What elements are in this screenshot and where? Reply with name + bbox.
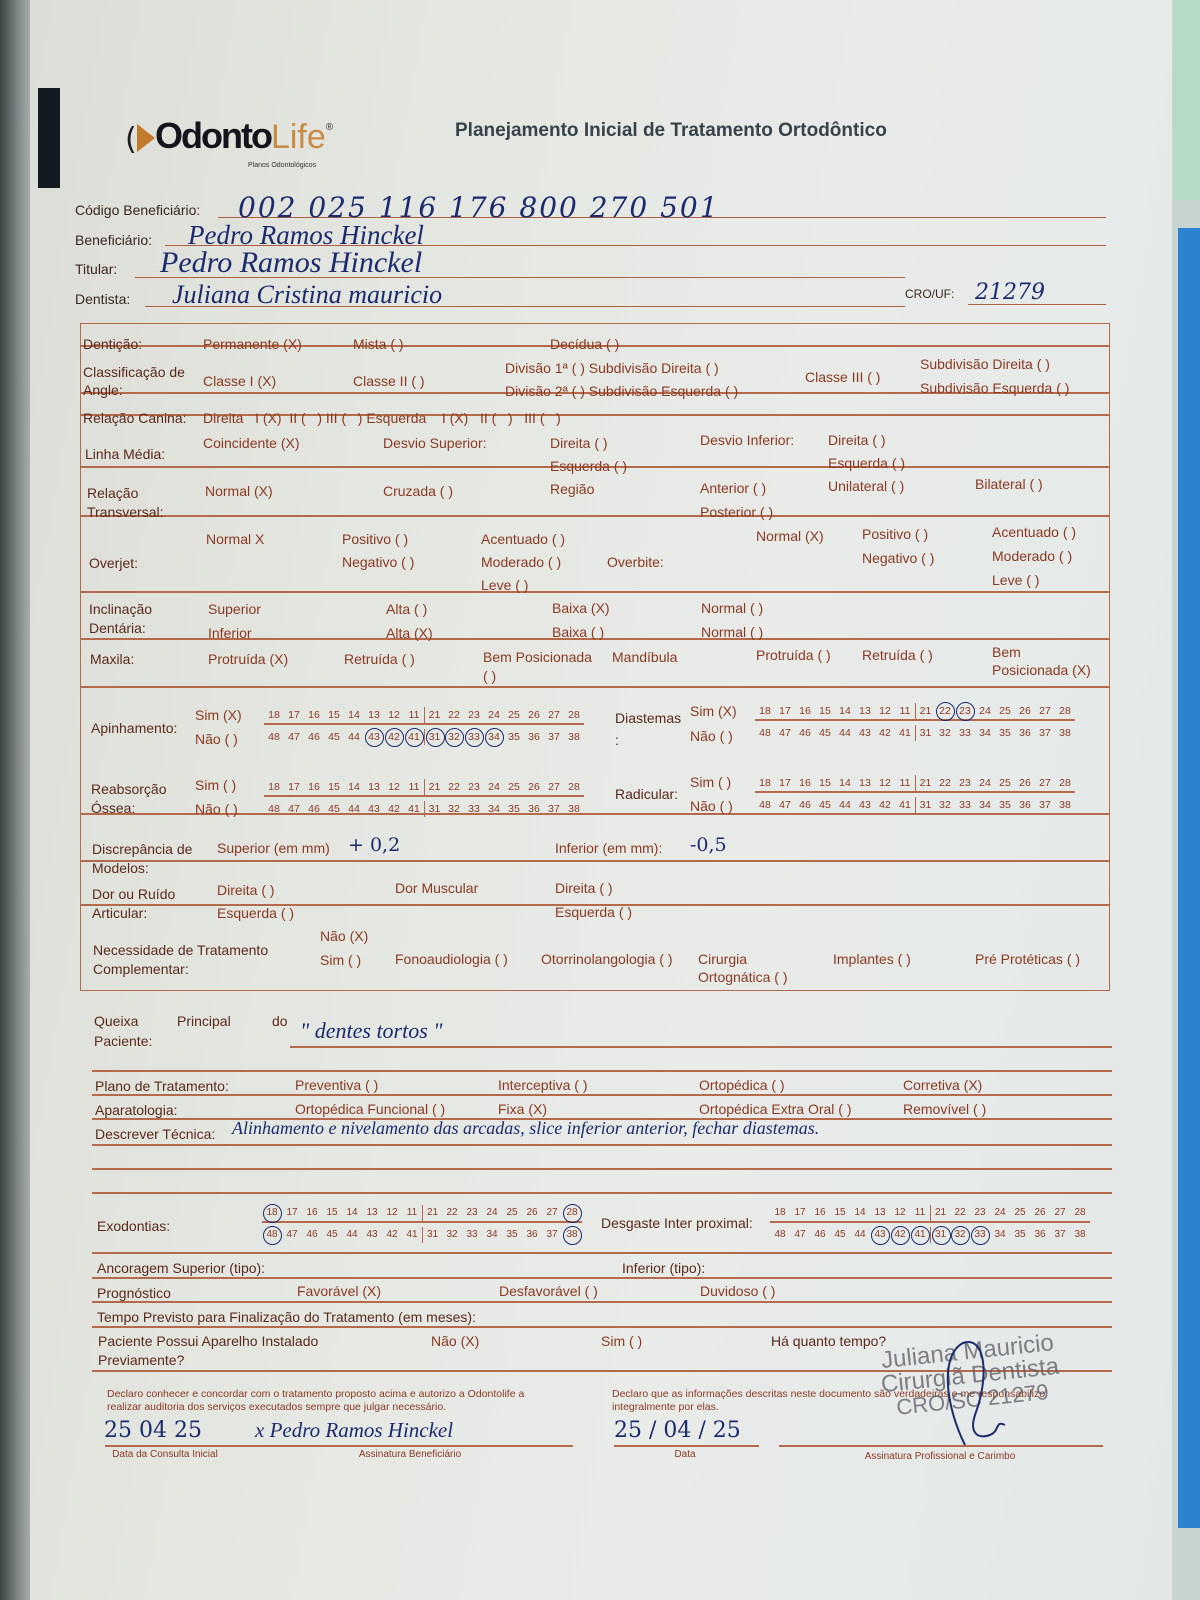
overjet-leve[interactable]: Leve ( ) — [481, 577, 528, 593]
plano-preventiva[interactable]: Preventiva ( ) — [295, 1077, 378, 1093]
overbite-leve[interactable]: Leve ( ) — [992, 572, 1039, 588]
beneficiario-label: Beneficiário: — [75, 232, 152, 248]
maxila-retruida[interactable]: Retruída ( ) — [344, 651, 415, 667]
desgaste-label: Desgaste Inter proximal: — [601, 1215, 753, 1231]
radicular-sim[interactable]: Sim ( ) — [690, 774, 731, 790]
inclinacao-sup-baixa[interactable]: Baixa (X) — [552, 600, 610, 616]
discrepancia-superior-label: Superior (em mm) — [217, 840, 330, 856]
logo-text-accent: Life — [271, 120, 326, 154]
overbite-negativo[interactable]: Negativo ( ) — [862, 550, 934, 566]
canina-label: Relação Canina: — [83, 410, 187, 426]
declaracao-beneficiario-line-2: realizar auditoria dos serviços executad… — [107, 1401, 446, 1414]
aparelho-ha-quanto-tempo[interactable]: Há quanto tempo? — [771, 1333, 886, 1349]
denticao-label: Dentição: — [83, 336, 142, 352]
tooth-38[interactable]: 38 — [564, 729, 584, 745]
overjet-positivo[interactable]: Positivo ( ) — [342, 531, 408, 547]
canina-options[interactable]: Direita I (X) II ( ) III ( ) Esquerda I … — [203, 410, 561, 426]
tooth-21[interactable]: 21 — [424, 707, 444, 723]
inclinacao-label: Inclinação Dentária: — [89, 600, 179, 638]
complementar-label: Necessidade de Tratamento Complementar: — [93, 941, 293, 979]
transversal-cruzada[interactable]: Cruzada ( ) — [383, 483, 453, 499]
ancoragem-inferior-label[interactable]: Inferior (tipo): — [622, 1260, 705, 1276]
cro-label: CRO/UF: — [905, 287, 954, 301]
tooth-43-circled[interactable]: 43 — [364, 729, 384, 745]
tooth-28-circled[interactable]: 28 — [562, 1205, 582, 1221]
angle-sub-esquerda[interactable]: Subdivisão Esquerda ( ) — [920, 380, 1069, 396]
tecnica-label: Descrever Técnica: — [95, 1126, 215, 1142]
linha-media-label: Linha Média: — [85, 446, 165, 462]
complementar-implantes[interactable]: Implantes ( ) — [833, 951, 911, 967]
dor-muscular-direita[interactable]: Direita ( ) — [555, 880, 613, 896]
tooth-31-circled[interactable]: 31 — [930, 1227, 950, 1243]
overbite-normal[interactable]: Normal (X) — [756, 528, 824, 544]
reabsorcao-tooth-chart: 18171615141312112122232425262728 4847464… — [264, 779, 584, 817]
transversal-normal[interactable]: Normal (X) — [205, 483, 273, 499]
document-title: Planejamento Inicial de Tratamento Ortod… — [455, 120, 887, 142]
tooth-35[interactable]: 35 — [504, 729, 524, 745]
prognostico-favoravel[interactable]: Favorável (X) — [297, 1283, 381, 1299]
mandibula-retruida[interactable]: Retruída ( ) — [862, 647, 933, 663]
logo-text-main: Odonto — [155, 118, 271, 154]
discrepancia-inferior-label: Inferior (em mm): — [555, 840, 662, 856]
denticao-permanente[interactable]: Permanente (X) — [203, 336, 302, 352]
queixa-label-3: do — [272, 1013, 288, 1029]
maxila-bem-posicionada[interactable]: Bem Posicionada — [483, 649, 592, 665]
angle-classe-3[interactable]: Classe III ( ) — [805, 369, 880, 385]
codigo-field[interactable]: 002 025 116 176 800 270 501 — [238, 194, 720, 222]
tooth-18[interactable]: 18 — [264, 707, 284, 723]
overbite-positivo[interactable]: Positivo ( ) — [862, 526, 928, 542]
logo-registered: ® — [326, 122, 333, 133]
tooth-22-circled[interactable]: 22 — [935, 703, 955, 719]
inclinacao-sup-alta[interactable]: Alta ( ) — [386, 601, 427, 617]
aparatologia-funcional[interactable]: Ortopédica Funcional ( ) — [295, 1101, 445, 1117]
cro-field[interactable]: 21279 — [975, 282, 1045, 304]
logo-mark-icon: ( — [125, 120, 155, 154]
linha-media-coincidente[interactable]: Coincidente (X) — [203, 435, 300, 451]
angle-divisao-1[interactable]: Divisão 1ª ( ) Subdivisão Direita ( ) — [505, 360, 719, 376]
codigo-label: Código Beneficiário: — [75, 202, 200, 218]
tooth-32-circled[interactable]: 32 — [950, 1227, 970, 1243]
desvio-inf-esquerda[interactable]: Esquerda ( ) — [828, 455, 905, 471]
tooth-42-circled[interactable]: 42 — [890, 1227, 910, 1243]
declaracao-beneficiario-line-1: Declaro conhecer e concordar com o trata… — [107, 1388, 524, 1401]
mandibula-bem-posicionada[interactable]: Posicionada (X) — [992, 662, 1091, 678]
angle-label: Classificação de Angle: — [83, 363, 203, 399]
aparatologia-label: Aparatologia: — [95, 1102, 178, 1118]
plano-label: Plano de Tratamento: — [95, 1078, 229, 1094]
inclinacao-sup-normal[interactable]: Normal ( ) — [701, 600, 763, 616]
diastemas-label: Diastemas : — [615, 707, 685, 751]
mandibula-protruida[interactable]: Protruída ( ) — [756, 647, 831, 663]
overbite-label: Overbite: — [607, 554, 664, 570]
tooth-31-circled[interactable]: 31 — [424, 729, 444, 745]
inclinacao-inferior-label: Inferior — [208, 625, 252, 641]
aparelho-sim[interactable]: Sim ( ) — [601, 1333, 642, 1349]
angle-sub-direita[interactable]: Subdivisão Direita ( ) — [920, 356, 1050, 372]
reabsorcao-nao[interactable]: Não ( ) — [195, 801, 238, 817]
tooth-42-circled[interactable]: 42 — [384, 729, 404, 745]
data-caption: Data — [660, 1449, 710, 1460]
complementar-cirurgia-label: Cirurgia — [698, 951, 747, 967]
aparatologia-fixa[interactable]: Fixa (X) — [498, 1101, 547, 1117]
tooth-45[interactable]: 45 — [324, 729, 344, 745]
inclinacao-inf-baixa[interactable]: Baixa ( ) — [552, 624, 604, 640]
overjet-moderado[interactable]: Moderado ( ) — [481, 554, 561, 570]
tooth-44[interactable]: 44 — [344, 729, 364, 745]
desvio-inferior-label: Desvio Inferior: — [700, 432, 794, 448]
overjet-normal[interactable]: Normal X — [206, 531, 264, 547]
tooth-17[interactable]: 17 — [284, 707, 304, 723]
tooth-13[interactable]: 13 — [364, 707, 384, 723]
transversal-label: Relação Transversal: — [87, 484, 187, 522]
aparatologia-removivel[interactable]: Removível ( ) — [903, 1101, 986, 1117]
exodontias-tooth-chart: 18171615141312112122232425262728 4847464… — [262, 1205, 582, 1243]
tooth-37[interactable]: 37 — [544, 729, 564, 745]
data-consulta-caption: Data da Consulta Inicial — [105, 1449, 225, 1460]
exodontias-label: Exodontias: — [97, 1218, 170, 1234]
mandibula-bem-label: Bem — [992, 644, 1021, 660]
angle-divisao-2[interactable]: Divisão 2ª ( ) Subdivisão Esquerda ( ) — [505, 383, 738, 399]
tooth-15[interactable]: 15 — [324, 707, 344, 723]
discrepancia-label: Discrepância de Modelos: — [92, 840, 207, 878]
tooth-34-circled[interactable]: 34 — [484, 729, 504, 745]
background-objects — [1170, 0, 1200, 1600]
assinatura-beneficiario-caption: Assinatura Beneficiário — [345, 1449, 475, 1460]
ancoragem-superior-label[interactable]: Ancoragem Superior (tipo): — [97, 1260, 265, 1276]
aparelho-label-2: Previamente? — [98, 1352, 184, 1368]
tooth-48-circled[interactable]: 48 — [262, 1227, 282, 1243]
desvio-inf-direita[interactable]: Direita ( ) — [828, 432, 886, 448]
tooth-28[interactable]: 28 — [564, 707, 584, 723]
desgaste-tooth-chart: 18171615141312112122232425262728 4847464… — [770, 1205, 1090, 1243]
tooth-18-circled[interactable]: 18 — [262, 1205, 282, 1221]
tooth-41-circled[interactable]: 41 — [404, 729, 424, 745]
discrepancia-superior-field[interactable]: + 0,2 — [348, 834, 400, 856]
mandibula-label: Mandíbula — [612, 649, 677, 665]
transversal-posterior[interactable]: Posterior ( ) — [700, 504, 773, 520]
queixa-label-2: Principal — [177, 1013, 231, 1029]
apinhamento-tooth-chart: 18171615141312112122232425262728 4847464… — [264, 707, 584, 745]
plano-interceptiva[interactable]: Interceptiva ( ) — [498, 1077, 587, 1093]
diastemas-nao[interactable]: Não ( ) — [690, 728, 733, 744]
dor-direita[interactable]: Direita ( ) — [217, 882, 275, 898]
transversal-unilateral[interactable]: Unilateral ( ) — [828, 478, 904, 494]
inclinacao-inf-alta[interactable]: Alta (X) — [386, 625, 433, 641]
complementar-sim[interactable]: Sim ( ) — [320, 952, 361, 968]
apinhamento-sim[interactable]: Sim (X) — [195, 707, 242, 723]
diastemas-tooth-chart: 18171615141312112122232425262728 4847464… — [755, 703, 1075, 741]
odontolife-logo: ( Odonto Life ® — [125, 118, 333, 154]
tooth-24[interactable]: 24 — [484, 707, 504, 723]
maxila-label: Maxila: — [90, 651, 134, 667]
queixa-label-4: Paciente: — [94, 1033, 152, 1049]
complementar-fonoaudiologia[interactable]: Fonoaudiologia ( ) — [395, 951, 508, 967]
prognostico-label: Prognóstico — [97, 1285, 171, 1301]
tooth-12[interactable]: 12 — [384, 707, 404, 723]
data-field[interactable]: 25 / 04 / 25 — [614, 1418, 741, 1443]
diastemas-sim[interactable]: Sim (X) — [690, 703, 737, 719]
maxila-protruida[interactable]: Protruída (X) — [208, 651, 288, 667]
tooth-48[interactable]: 48 — [264, 729, 284, 745]
barcode-strip — [38, 88, 60, 188]
overjet-negativo[interactable]: Negativo ( ) — [342, 554, 414, 570]
tooth-14[interactable]: 14 — [344, 707, 364, 723]
dor-esquerda[interactable]: Esquerda ( ) — [217, 905, 294, 921]
transversal-regiao-label: Região — [550, 481, 594, 497]
tooth-43-circled[interactable]: 43 — [870, 1227, 890, 1243]
complementar-otorrino[interactable]: Otorrinolangologia ( ) — [541, 951, 673, 967]
plano-ortopedica[interactable]: Ortopédica ( ) — [699, 1077, 785, 1093]
angle-classe-2[interactable]: Classe II ( ) — [353, 373, 425, 389]
tooth-32-circled[interactable]: 32 — [444, 729, 464, 745]
tooth-36[interactable]: 36 — [524, 729, 544, 745]
overjet-acentuado[interactable]: Acentuado ( ) — [481, 531, 565, 547]
radicular-label: Radicular: — [615, 786, 678, 802]
data-consulta-field[interactable]: 25 04 25 — [104, 1418, 202, 1443]
professional-signature-icon — [935, 1335, 1015, 1455]
tooth-26[interactable]: 26 — [524, 707, 544, 723]
desvio-sup-direita[interactable]: Direita ( ) — [550, 435, 608, 451]
maxila-bem-box[interactable]: ( ) — [483, 668, 496, 684]
aparelho-label: Paciente Possui Aparelho Instalado — [98, 1333, 318, 1349]
complementar-pre-proteticas[interactable]: Pré Protéticas ( ) — [975, 951, 1080, 967]
tooth-38-circled[interactable]: 38 — [562, 1227, 582, 1243]
tooth-46[interactable]: 46 — [304, 729, 324, 745]
tooth-25[interactable]: 25 — [504, 707, 524, 723]
complementar-cirurgia[interactable]: Ortognática ( ) — [698, 969, 787, 985]
reabsorcao-label: Reabsorção Óssea: — [91, 780, 181, 818]
dentista-field[interactable]: Juliana Cristina mauricio — [172, 282, 442, 308]
logo-subtitle: Planos Odontológicos — [248, 162, 316, 169]
aparelho-nao[interactable]: Não (X) — [431, 1333, 479, 1349]
tooth-33-circled[interactable]: 33 — [970, 1227, 990, 1243]
tooth-33-circled[interactable]: 33 — [464, 729, 484, 745]
denticao-decidua[interactable]: Decídua ( ) — [550, 336, 619, 352]
discrepancia-inferior-field[interactable]: -0,5 — [690, 834, 727, 856]
overjet-label: Overjet: — [89, 555, 138, 571]
inclinacao-inf-normal[interactable]: Normal ( ) — [701, 624, 763, 640]
overbite-moderado[interactable]: Moderado ( ) — [992, 548, 1072, 564]
titular-label: Titular: — [75, 261, 117, 277]
tecnica-field[interactable]: Alinhamento e nivelamento das arcadas, s… — [232, 1118, 819, 1139]
tooth-11[interactable]: 11 — [404, 707, 424, 723]
tooth-16[interactable]: 16 — [304, 707, 324, 723]
reabsorcao-sim[interactable]: Sim ( ) — [195, 777, 236, 793]
tempo-previsto-label[interactable]: Tempo Previsto para Finalização do Trata… — [97, 1309, 476, 1325]
plano-corretiva[interactable]: Corretiva (X) — [903, 1077, 982, 1093]
assinatura-beneficiario[interactable]: x Pedro Ramos Hinckel — [255, 1418, 453, 1443]
tooth-27[interactable]: 27 — [544, 707, 564, 723]
apinhamento-label: Apinhamento: — [91, 720, 177, 736]
transversal-bilateral[interactable]: Bilateral ( ) — [975, 476, 1043, 492]
overbite-acentuado[interactable]: Acentuado ( ) — [992, 524, 1076, 540]
dor-muscular-label: Dor Muscular — [395, 880, 478, 896]
beneficiario-field[interactable]: Pedro Ramos Hinckel — [188, 222, 424, 249]
dor-muscular-esquerda[interactable]: Esquerda ( ) — [555, 904, 632, 920]
prognostico-desfavoravel[interactable]: Desfavorável ( ) — [499, 1283, 598, 1299]
queixa-field[interactable]: " dentes tortos " — [300, 1018, 443, 1044]
tooth-47[interactable]: 47 — [284, 729, 304, 745]
radicular-tooth-chart: 18171615141312112122232425262728 4847464… — [755, 775, 1075, 813]
tooth-41-circled[interactable]: 41 — [910, 1227, 930, 1243]
desvio-sup-esquerda[interactable]: Esquerda ( ) — [550, 458, 627, 474]
denticao-mista[interactable]: Mista ( ) — [353, 336, 404, 352]
apinhamento-nao[interactable]: Não ( ) — [195, 731, 238, 747]
desvio-superior-label: Desvio Superior: — [383, 435, 487, 451]
dor-label: Dor ou Ruído Articular: — [92, 885, 192, 923]
complementar-nao[interactable]: Não (X) — [320, 928, 368, 944]
tooth-23[interactable]: 23 — [464, 707, 484, 723]
tooth-23-circled[interactable]: 23 — [955, 703, 975, 719]
prognostico-duvidoso[interactable]: Duvidoso ( ) — [700, 1283, 775, 1299]
angle-classe-1[interactable]: Classe I (X) — [203, 373, 276, 389]
inclinacao-superior-label: Superior — [208, 601, 261, 617]
radicular-nao[interactable]: Não ( ) — [690, 798, 733, 814]
aparatologia-extra-oral[interactable]: Ortopédica Extra Oral ( ) — [699, 1101, 852, 1117]
queixa-label: Queixa — [94, 1013, 138, 1029]
tooth-22[interactable]: 22 — [444, 707, 464, 723]
titular-field[interactable]: Pedro Ramos Hinckel — [160, 248, 422, 278]
transversal-anterior[interactable]: Anterior ( ) — [700, 480, 766, 496]
dentista-label: Dentista: — [75, 291, 130, 307]
declaracao-profissional-line-2: integralmente por elas. — [612, 1401, 719, 1414]
